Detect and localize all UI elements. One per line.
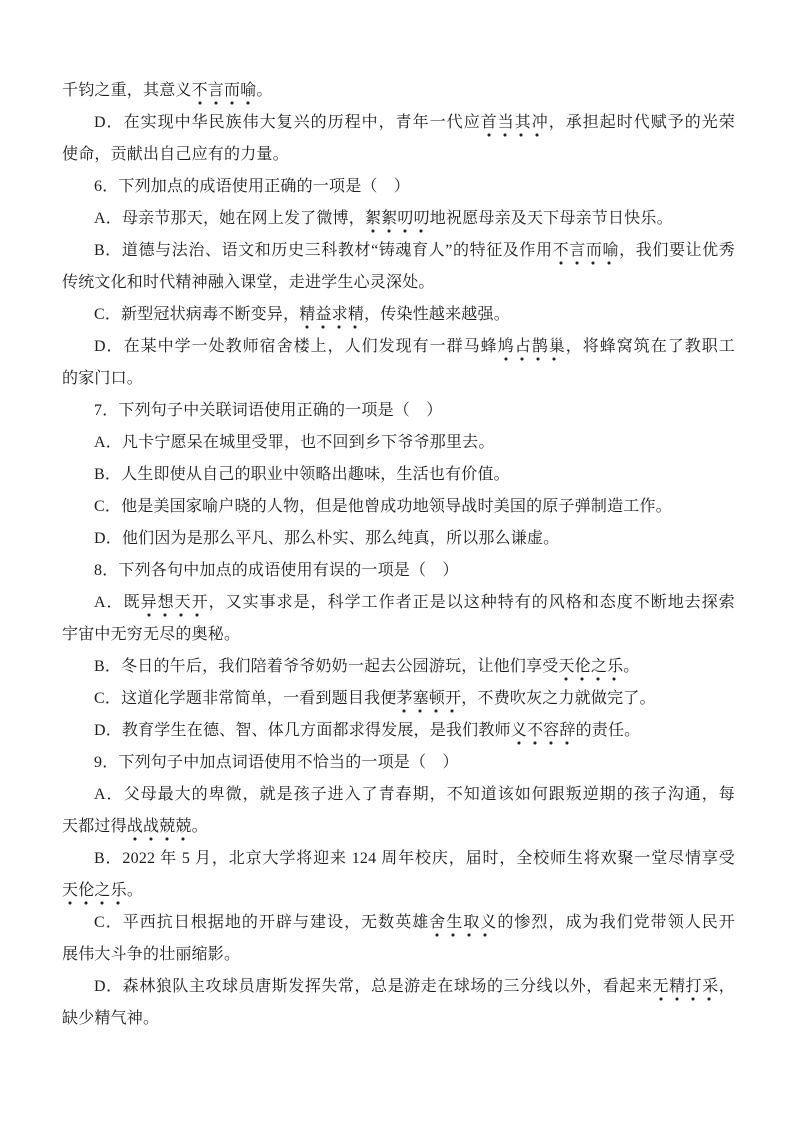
- text-segment: D．他们因为是那么平凡、那么朴实、那么纯真，所以那么谦虚。: [94, 530, 559, 547]
- text-line: 宇宙中无穷无尽的奥秘。: [62, 619, 735, 651]
- text-line: 的家门口。: [62, 363, 735, 395]
- text-segment: 。: [623, 658, 639, 675]
- text-segment: 传统文化和时代精神融入课堂，走进学生心灵深处。: [62, 274, 435, 291]
- text-line: D．他们因为是那么平凡、那么朴实、那么纯真，所以那么谦虚。: [62, 523, 735, 555]
- text-segment: C．平西抗日根据地的开辟与建设，无数英雄: [94, 914, 429, 931]
- emphasized-text: 不言而喻: [553, 242, 619, 265]
- text-segment: C．这道化学题非常简单，一看到题目我便: [94, 690, 396, 707]
- text-line: 9．下列句子中加点词语使用不恰当的一项是（ ）: [62, 747, 735, 779]
- emphasized-text: 精益求精: [299, 306, 364, 329]
- text-segment: ，传染性越来越强。: [364, 306, 510, 323]
- text-segment: 的责任。: [576, 722, 641, 739]
- text-segment: 宇宙中无穷无尽的奥秘。: [62, 626, 240, 643]
- emphasized-text: 天伦之乐: [558, 658, 623, 681]
- emphasized-text: 茅塞顿开: [396, 690, 461, 713]
- text-line: B．道德与法治、语文和历史三科教材“铸魂育人”的特征及作用不言而喻，我们要让优秀: [62, 235, 735, 267]
- emphasized-text: 鸠占鹊巢: [498, 338, 566, 361]
- text-segment: ，不费吹灰之力就做完了。: [461, 690, 655, 707]
- text-segment: D．森林狼队主攻球员唐斯发挥失常，总是游走在球场的三分线以外，看起来: [94, 978, 653, 995]
- text-segment: 的家门口。: [62, 370, 143, 387]
- text-segment: 缺少精气神。: [62, 1010, 159, 1027]
- text-line: 8．下列各句中加点的成语使用有误的一项是（ ）: [62, 555, 735, 587]
- text-segment: D．在某中学一处教师宿舍楼上，人们发现有一群马蜂: [94, 338, 498, 355]
- text-segment: ，将蜂窝筑在了教职工: [566, 338, 735, 355]
- text-line: 使命，贡献出自己应有的力量。: [62, 139, 735, 171]
- text-line: D．在实现中华民族伟大复兴的历程中，青年一代应首当其冲，承担起时代赋予的光荣: [62, 107, 735, 139]
- text-line: A．凡卡宁愿呆在城里受罪，也不回到乡下爷爷那里去。: [62, 427, 735, 459]
- emphasized-text: 不言而喻: [192, 82, 257, 105]
- text-line: B．冬日的午后，我们陪着爷爷奶奶一起去公园游玩，让他们享受天伦之乐。: [62, 651, 735, 683]
- text-line: 7．下列句子中关联词语使用正确的一项是（ ）: [62, 395, 735, 427]
- text-line: 天伦之乐。: [62, 875, 735, 907]
- text-line: B．2022 年 5 月，北京大学将迎来 124 周年校庆，届时，全校师生将欢聚…: [62, 843, 735, 875]
- text-line: 展伟大斗争的壮丽缩影。: [62, 939, 735, 971]
- text-segment: 。: [127, 882, 143, 899]
- text-line: C．这道化学题非常简单，一看到题目我便茅塞顿开，不费吹灰之力就做完了。: [62, 683, 735, 715]
- text-segment: ，又实事求是，科学工作者正是以这种特有的风格和态度不断地去探索: [209, 594, 735, 611]
- text-segment: A．凡卡宁愿呆在城里受罪，也不回到乡下爷爷那里去。: [94, 434, 495, 451]
- text-line: A．既异想天开，又实事求是，科学工作者正是以这种特有的风格和态度不断地去探索: [62, 587, 735, 619]
- text-segment: 天都过得: [62, 818, 127, 835]
- emphasized-text: 絮絮叨叨: [365, 210, 430, 233]
- emphasized-text: 战战兢兢: [127, 818, 192, 841]
- text-segment: B．2022 年 5 月，北京大学将迎来 124 周年校庆，届时，全校师生将欢聚…: [94, 850, 735, 867]
- document-body: 千钧之重，其意义不言而喻。D．在实现中华民族伟大复兴的历程中，青年一代应首当其冲…: [62, 75, 735, 1035]
- text-segment: 6．下列加点的成语使用正确的一项是（ ）: [94, 178, 410, 195]
- text-segment: ，我们要让优秀: [619, 242, 735, 259]
- text-segment: C．他是美国家喻户晓的人物，但是他曾成功地领导战时美国的原子弹制造工作。: [94, 498, 672, 515]
- emphasized-text: 无精打采: [653, 978, 719, 1001]
- emphasized-text: 天伦之乐: [62, 882, 127, 905]
- emphasized-text: 义不容辞: [511, 722, 576, 745]
- text-segment: ，承担起时代赋予的光荣: [549, 114, 735, 131]
- text-segment: 。: [256, 82, 272, 99]
- text-segment: 8．下列各句中加点的成语使用有误的一项是（ ）: [94, 562, 459, 579]
- text-segment: B．人生即使从自己的职业中领略出趣味，生活也有价值。: [94, 466, 510, 483]
- text-segment: 使命，贡献出自己应有的力量。: [62, 146, 289, 163]
- text-segment: A．既: [94, 594, 141, 611]
- text-segment: 地祝愿母亲及天下母亲节日快乐。: [430, 210, 673, 227]
- text-segment: A．母亲节那天，她在网上发了微博，: [94, 210, 365, 227]
- emphasized-text: 首当其冲: [481, 114, 549, 137]
- text-segment: 的惨烈，成为我们党带领人民开: [497, 914, 735, 931]
- text-segment: B．道德与法治、语文和历史三科教材“铸魂育人”的特征及作用: [94, 242, 553, 259]
- text-segment: A．父母最大的卑微，就是孩子进入了青春期，不知道该如何跟叛逆期的孩子沟通，每: [94, 786, 735, 803]
- text-line: 缺少精气神。: [62, 1003, 735, 1035]
- text-segment: C．新型冠状病毒不断变异，: [94, 306, 299, 323]
- document-page: 千钧之重，其意义不言而喻。D．在实现中华民族伟大复兴的历程中，青年一代应首当其冲…: [0, 0, 793, 1122]
- emphasized-text: 异想天开: [141, 594, 209, 617]
- text-segment: 。: [192, 818, 208, 835]
- text-line: B．人生即使从自己的职业中领略出趣味，生活也有价值。: [62, 459, 735, 491]
- text-line: C．他是美国家喻户晓的人物，但是他曾成功地领导战时美国的原子弹制造工作。: [62, 491, 735, 523]
- text-segment: 7．下列句子中关联词语使用正确的一项是（ ）: [94, 402, 442, 419]
- text-line: D．教育学生在德、智、体几方面都求得发展，是我们教师义不容辞的责任。: [62, 715, 735, 747]
- text-line: D．森林狼队主攻球员唐斯发挥失常，总是游走在球场的三分线以外，看起来无精打采，: [62, 971, 735, 1003]
- text-line: 6．下列加点的成语使用正确的一项是（ ）: [62, 171, 735, 203]
- text-segment: 展伟大斗争的壮丽缩影。: [62, 946, 240, 963]
- text-line: A．父母最大的卑微，就是孩子进入了青春期，不知道该如何跟叛逆期的孩子沟通，每: [62, 779, 735, 811]
- text-line: C．平西抗日根据地的开辟与建设，无数英雄舍生取义的惨烈，成为我们党带领人民开: [62, 907, 735, 939]
- emphasized-text: 舍生取义: [429, 914, 497, 937]
- text-segment: D．在实现中华民族伟大复兴的历程中，青年一代应: [94, 114, 481, 131]
- text-segment: D．教育学生在德、智、体几方面都求得发展，是我们教师: [94, 722, 511, 739]
- text-segment: 千钧之重，其意义: [62, 82, 192, 99]
- text-segment: ，: [719, 978, 735, 995]
- text-line: C．新型冠状病毒不断变异，精益求精，传染性越来越强。: [62, 299, 735, 331]
- text-line: 天都过得战战兢兢。: [62, 811, 735, 843]
- text-segment: 9．下列句子中加点词语使用不恰当的一项是（ ）: [94, 754, 459, 771]
- text-line: D．在某中学一处教师宿舍楼上，人们发现有一群马蜂鸠占鹊巢，将蜂窝筑在了教职工: [62, 331, 735, 363]
- text-segment: B．冬日的午后，我们陪着爷爷奶奶一起去公园游玩，让他们享受: [94, 658, 558, 675]
- text-line: A．母亲节那天，她在网上发了微博，絮絮叨叨地祝愿母亲及天下母亲节日快乐。: [62, 203, 735, 235]
- text-line: 千钧之重，其意义不言而喻。: [62, 75, 735, 107]
- text-line: 传统文化和时代精神融入课堂，走进学生心灵深处。: [62, 267, 735, 299]
